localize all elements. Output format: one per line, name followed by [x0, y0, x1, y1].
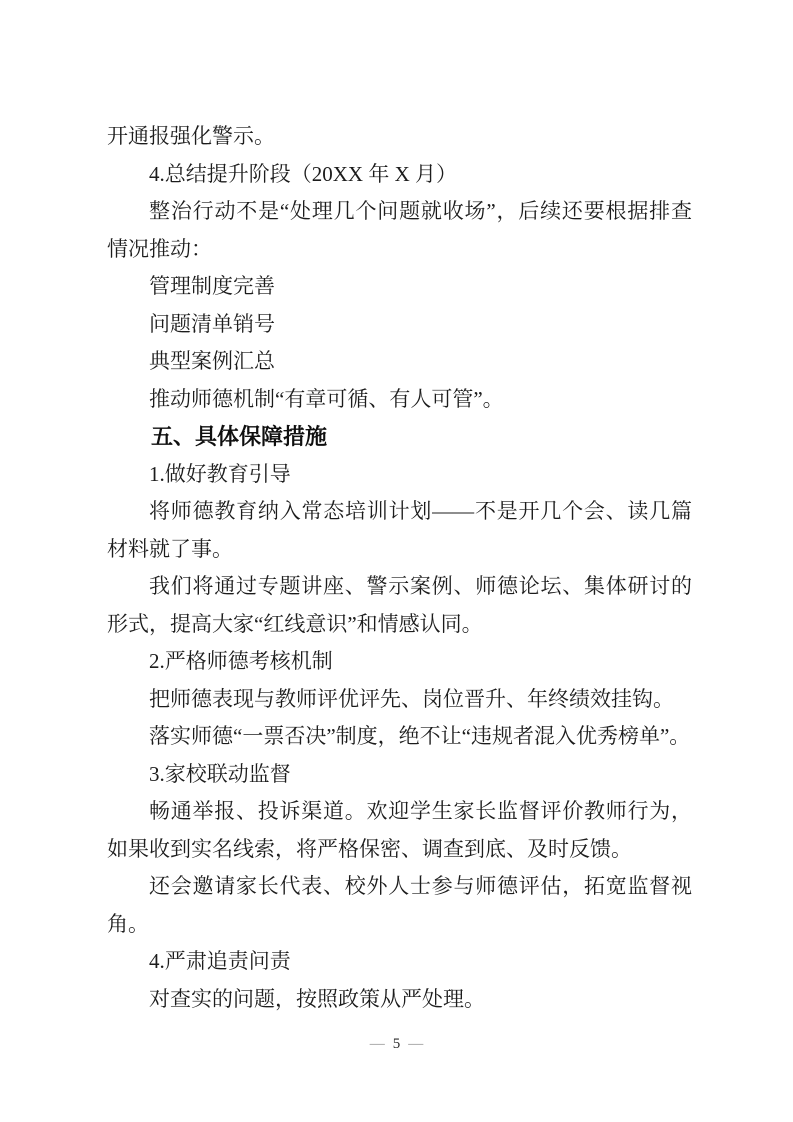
body-paragraph: 1.做好教育引导	[107, 456, 692, 494]
section-heading: 五、具体保障措施	[107, 418, 692, 456]
body-paragraph: 整治行动不是“处理几个问题就收场”，后续还要根据排查情况推动：	[107, 193, 692, 268]
body-paragraph: 管理制度完善	[107, 268, 692, 306]
body-paragraph: 落实师德“一票否决”制度，绝不让“违规者混入优秀榜单”。	[107, 718, 692, 756]
body-paragraph: 问题清单销号	[107, 306, 692, 344]
body-paragraph: 把师德表现与教师评优评先、岗位晋升、年终绩效挂钩。	[107, 681, 692, 719]
body-paragraph: 畅通举报、投诉渠道。欢迎学生家长监督评价教师行为，如果收到实名线索，将严格保密、…	[107, 793, 692, 868]
body-paragraph: 还会邀请家长代表、校外人士参与师德评估，拓宽监督视角。	[107, 868, 692, 943]
body-paragraph: 4.严肃追责问责	[107, 943, 692, 981]
body-paragraph: 4.总结提升阶段（20XX 年 X 月）	[107, 156, 692, 194]
body-paragraph: 开通报强化警示。	[107, 118, 692, 156]
page-footer: —5—	[0, 1034, 793, 1054]
body-paragraph: 我们将通过专题讲座、警示案例、师德论坛、集体研讨的形式，提高大家“红线意识”和情…	[107, 568, 692, 643]
body-paragraph: 3.家校联动监督	[107, 756, 692, 794]
body-paragraph: 典型案例汇总	[107, 343, 692, 381]
document-body: 开通报强化警示。 4.总结提升阶段（20XX 年 X 月） 整治行动不是“处理几…	[107, 118, 692, 1018]
body-paragraph: 推动师德机制“有章可循、有人可管”。	[107, 381, 692, 419]
body-paragraph: 2.严格师德考核机制	[107, 643, 692, 681]
footer-dash-right: —	[408, 1036, 423, 1052]
body-paragraph: 将师德教育纳入常态培训计划——不是开几个会、读几篇材料就了事。	[107, 493, 692, 568]
body-paragraph: 对查实的问题，按照政策从严处理。	[107, 981, 692, 1019]
footer-dash-left: —	[370, 1036, 385, 1052]
page-number: 5	[393, 1036, 401, 1052]
document-page: 开通报强化警示。 4.总结提升阶段（20XX 年 X 月） 整治行动不是“处理几…	[0, 0, 793, 1122]
